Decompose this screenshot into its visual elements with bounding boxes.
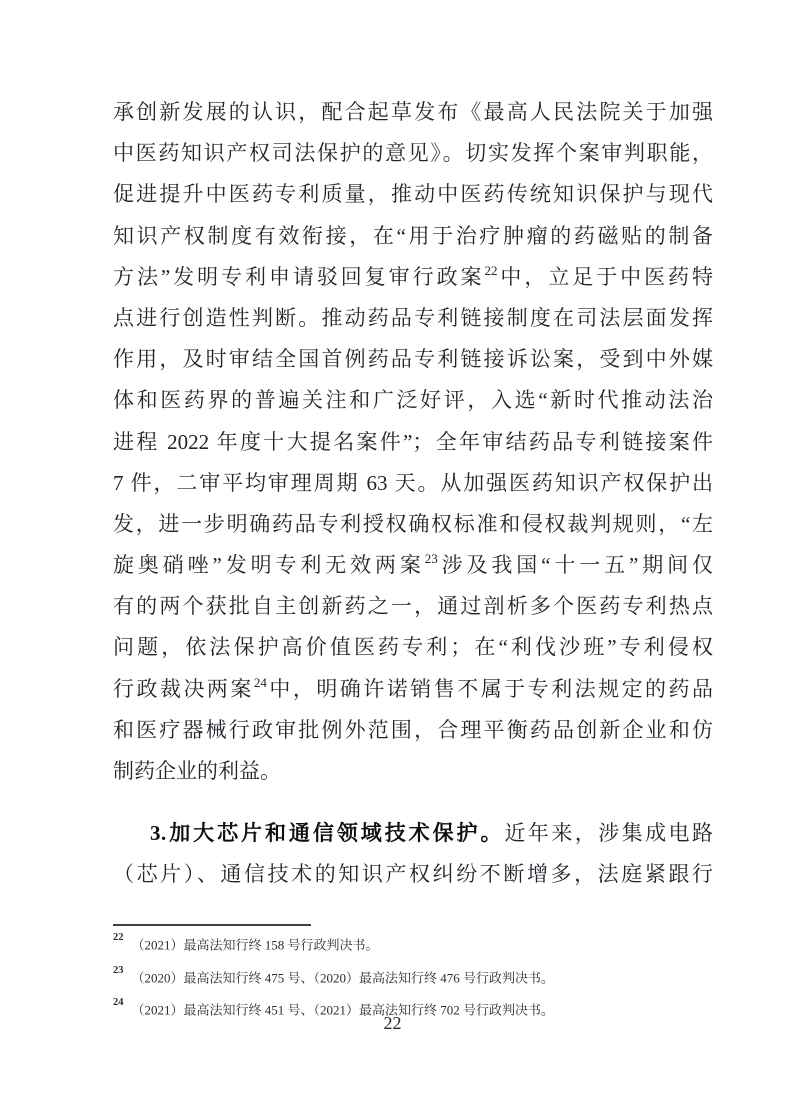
document-page: 承创新发展的认识，配合起草发布《最高人民法院关于加强中医药知识产权司法保护的意见… (0, 0, 785, 1112)
heading-text: 3.加大芯片和通信领域技术保护。 (150, 821, 504, 845)
body-text-segment: 7 件，二审平均审理周期 63 天。从加强医药知识产权保护出 (113, 471, 713, 495)
text-line: 行政裁决两案24中，明确许诺销售不属于专利法规定的药品 (113, 669, 713, 710)
body-text-segment: 行政裁决两案 (113, 677, 254, 701)
body-text-segment: 问题，依法保护高价值医药专利；在“利伐沙班”专利侵权 (113, 635, 713, 659)
text-line: 7 件，二审平均审理周期 63 天。从加强医药知识产权保护出 (113, 463, 713, 504)
body-text-segment: 有的两个获批自主创新药之一，通过剖析多个医药专利热点 (113, 594, 713, 618)
text-line: 方法”发明专利申请驳回复审行政案22中，立足于中医药特 (113, 257, 713, 298)
body-text-segment: 中医药知识产权司法保护的意见》。切实发挥个案审判职能， (113, 141, 713, 165)
text-line: 承创新发展的认识，配合起草发布《最高人民法院关于加强 (113, 92, 713, 133)
body-text-segment: （芯片）、通信技术的知识产权纠纷不断增多，法庭紧跟行 (113, 862, 713, 886)
footnote-text: （2021）最高法知行终 158 号行政判决书。 (132, 937, 379, 952)
text-line: 体和医药界的普遍关注和广泛好评，入选“新时代推动法治 (113, 380, 713, 421)
body-text-segment: 中，立足于中医药特 (497, 265, 713, 289)
footnote-separator (113, 924, 311, 926)
footnote-reference: 22 (484, 263, 497, 278)
footnote-item: 22（2021）最高法知行终 158 号行政判决书。 (113, 933, 738, 966)
text-line: 知识产权制度有效衔接，在“用于治疗肿瘤的药磁贴的制备 (113, 216, 713, 257)
text-line: 促进提升中医药专利质量，推动中医药传统知识保护与现代 (113, 174, 713, 215)
text-line: 和医疗器械行政审批例外范围，合理平衡药品创新企业和仿 (113, 710, 713, 751)
body-text-segment: 和医疗器械行政审批例外范围，合理平衡药品创新企业和仿 (113, 718, 713, 742)
body-text-segment: 体和医药界的普遍关注和广泛好评，入选“新时代推动法治 (113, 388, 713, 412)
footnote-number: 24 (113, 997, 124, 1008)
body-text-segment: 进程 2022 年度十大提名案件”；全年审结药品专利链接案件 (113, 430, 713, 454)
text-line: 制药企业的利益。 (113, 751, 713, 792)
footnote-item: 23（2020）最高法知行终 475 号、（2020）最高法知行终 476 号行… (113, 966, 738, 999)
body-text-segment: 方法”发明专利申请驳回复审行政案 (113, 265, 484, 289)
text-line: 点进行创造性判断。推动药品专利链接制度在司法层面发挥 (113, 298, 713, 339)
footnote-reference: 24 (254, 675, 267, 690)
text-line: 旋奥硝唑”发明专利无效两案23涉及我国“十一五”期间仅 (113, 545, 713, 586)
text-line: 问题，依法保护高价值医药专利；在“利伐沙班”专利侵权 (113, 627, 713, 668)
text-line: （芯片）、通信技术的知识产权纠纷不断增多，法庭紧跟行 (113, 854, 713, 895)
body-text-segment: 旋奥硝唑”发明专利无效两案 (113, 553, 425, 577)
footnote-text: （2020）最高法知行终 475 号、（2020）最高法知行终 476 号行政判… (132, 970, 555, 985)
body-text-segment: 知识产权制度有效衔接，在“用于治疗肿瘤的药磁贴的制备 (113, 224, 713, 248)
body-text-segment: 中，明确许诺销售不属于专利法规定的药品 (267, 677, 713, 701)
body-text-segment: 作用，及时审结全国首例药品专利链接诉讼案，受到中外媒 (113, 347, 713, 371)
body-text-segment: 发，进一步明确药品专利授权确权标准和侵权裁判规则，“左 (113, 512, 713, 536)
paragraph-pharma-ip-protection: 承创新发展的认识，配合起草发布《最高人民法院关于加强中医药知识产权司法保护的意见… (113, 92, 713, 792)
text-line: 有的两个获批自主创新药之一，通过剖析多个医药专利热点 (113, 586, 713, 627)
footnote-number: 22 (113, 932, 124, 943)
body-text-segment: 制药企业的利益。 (113, 759, 281, 783)
body-text-segment: 促进提升中医药专利质量，推动中医药传统知识保护与现代 (113, 182, 713, 206)
body-text-segment: 承创新发展的认识，配合起草发布《最高人民法院关于加强 (113, 100, 713, 124)
body-text: 承创新发展的认识，配合起草发布《最高人民法院关于加强中医药知识产权司法保护的意见… (113, 92, 713, 896)
footnote-number: 23 (113, 965, 124, 976)
text-line: 作用，及时审结全国首例药品专利链接诉讼案，受到中外媒 (113, 339, 713, 380)
text-line: 进程 2022 年度十大提名案件”；全年审结药品专利链接案件 (113, 422, 713, 463)
page-number: 22 (0, 1013, 785, 1034)
paragraph-chip-communication-protection: 3.加大芯片和通信领域技术保护。近年来，涉集成电路（芯片）、通信技术的知识产权纠… (113, 813, 713, 895)
body-text-segment: 点进行创造性判断。推动药品专利链接制度在司法层面发挥 (113, 306, 713, 330)
body-text-segment: 近年来，涉集成电路 (504, 821, 713, 845)
text-line: 中医药知识产权司法保护的意见》。切实发挥个案审判职能， (113, 133, 713, 174)
text-line: 3.加大芯片和通信领域技术保护。近年来，涉集成电路 (113, 813, 713, 854)
text-line: 发，进一步明确药品专利授权确权标准和侵权裁判规则，“左 (113, 504, 713, 545)
footnote-reference: 23 (425, 551, 438, 566)
body-text-segment: 涉及我国“十一五”期间仅 (438, 553, 713, 577)
